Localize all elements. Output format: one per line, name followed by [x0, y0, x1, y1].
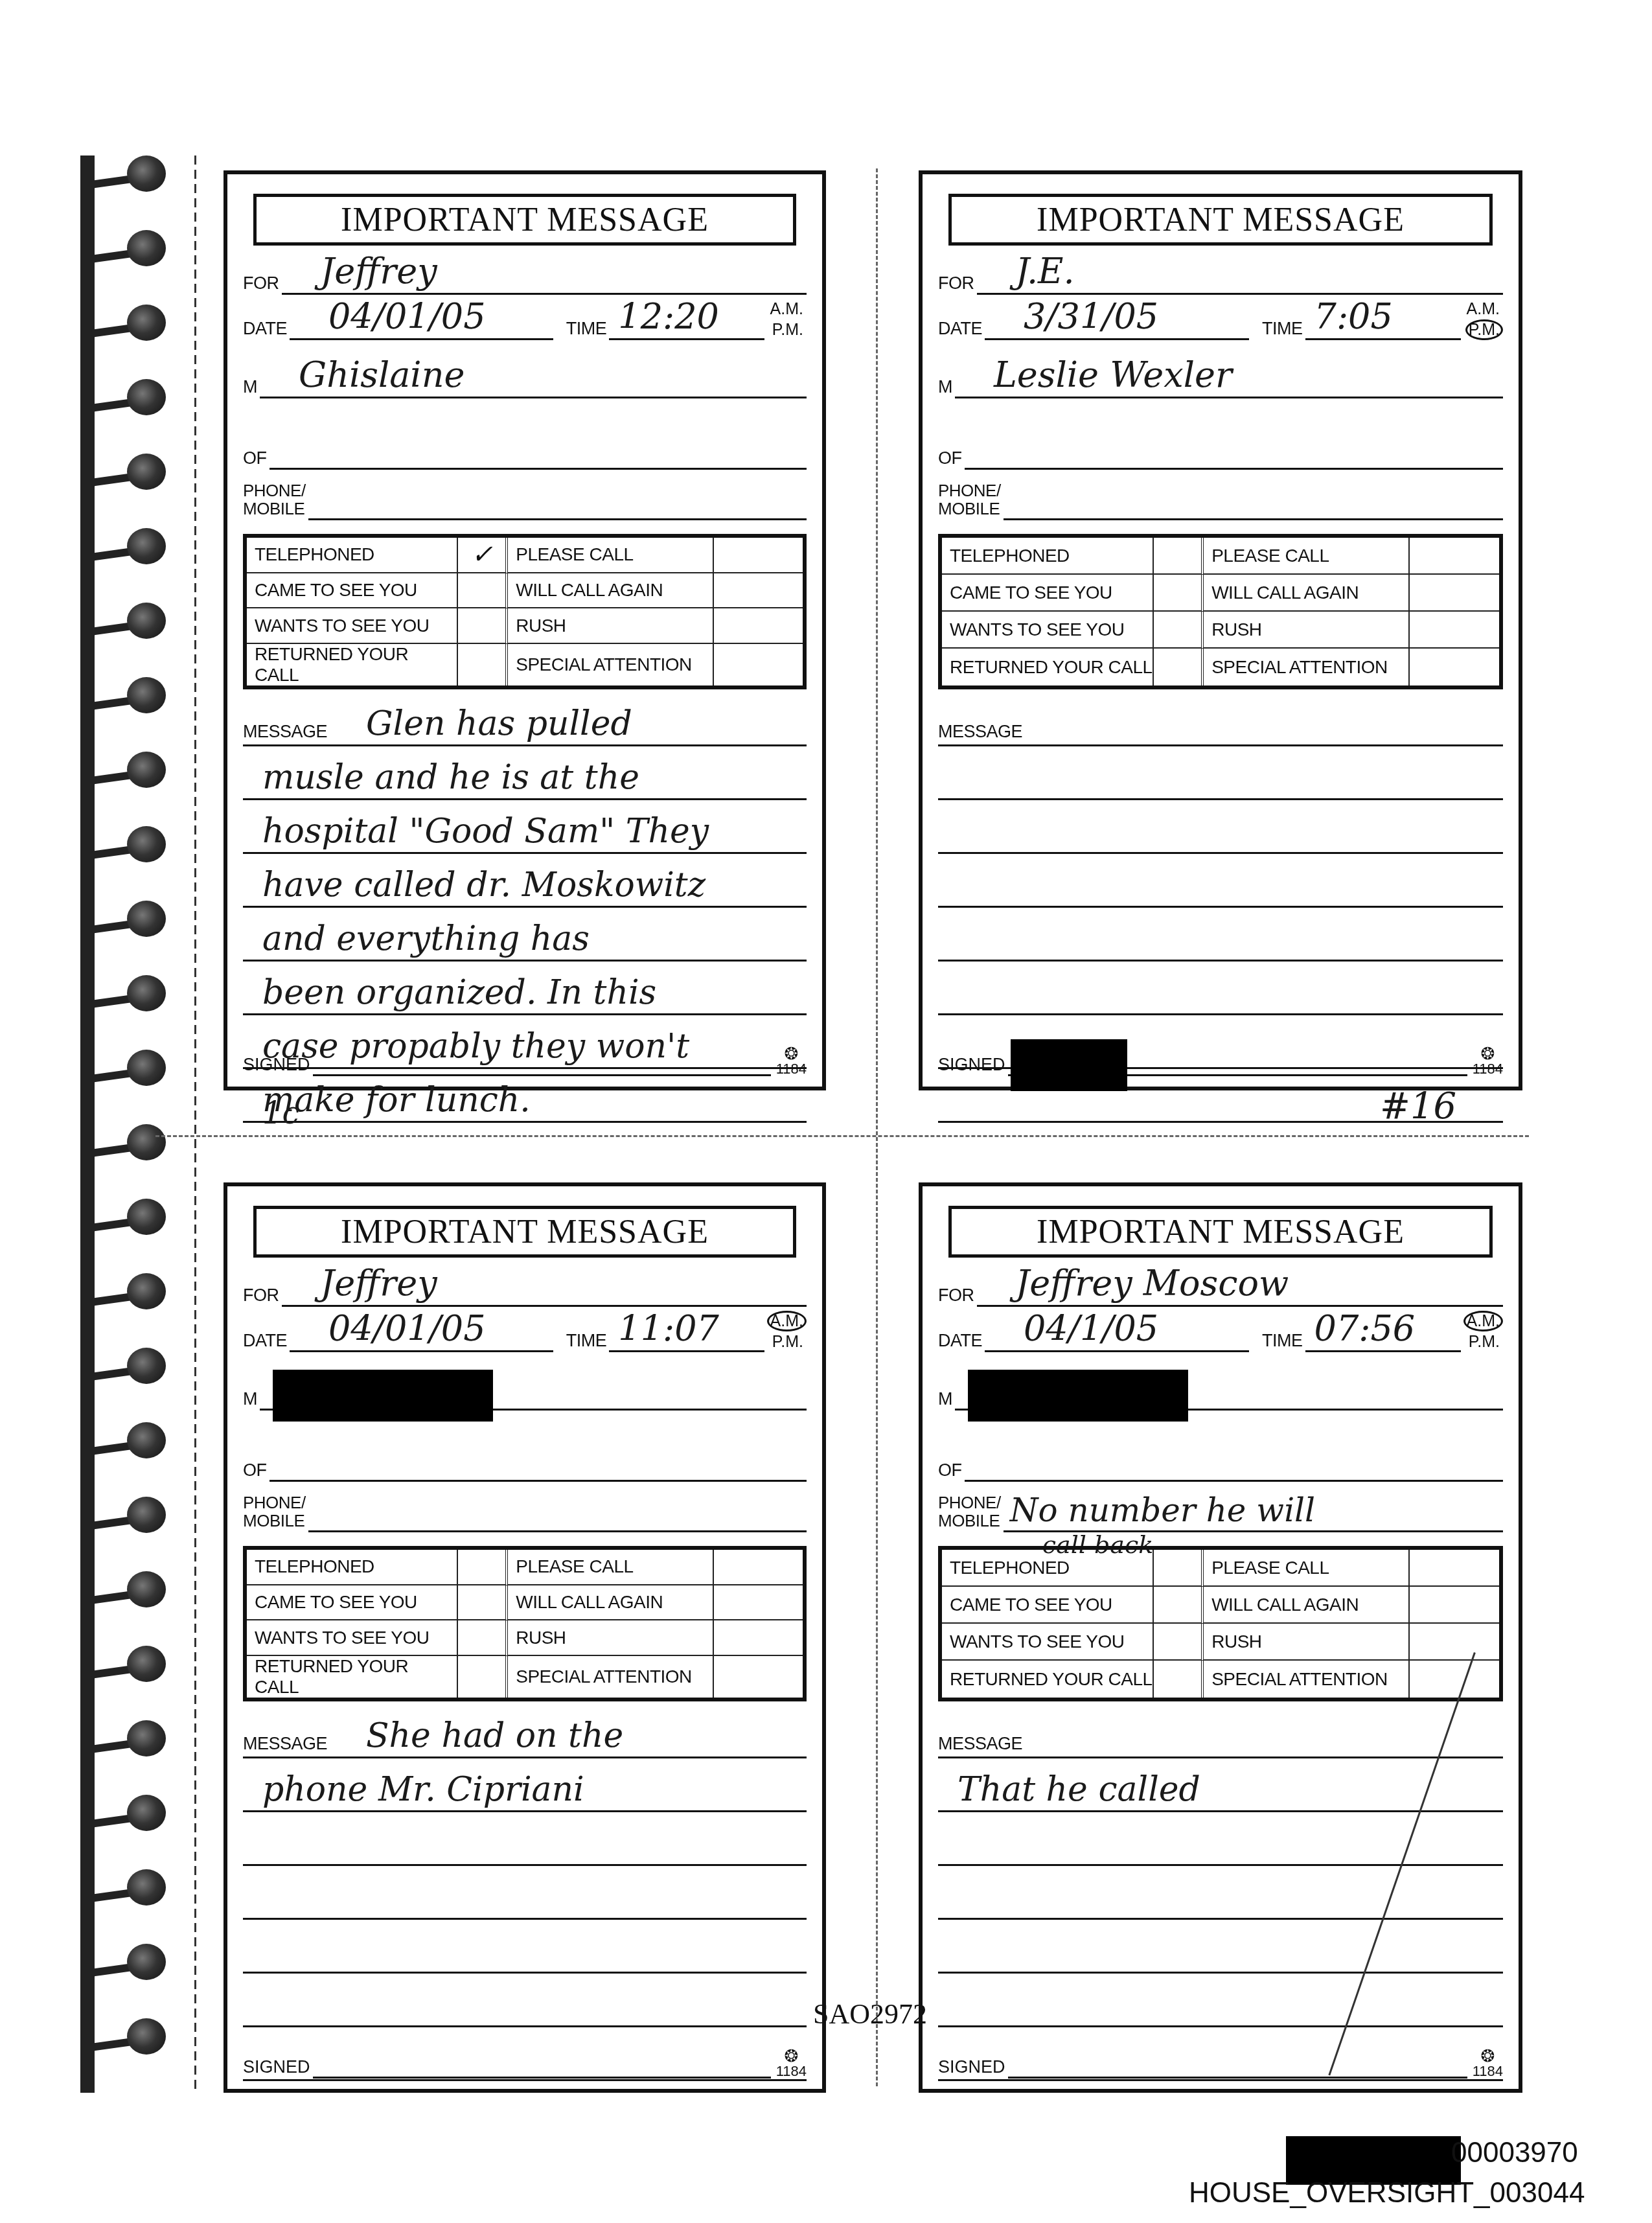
checkbox-label-wants-to-see-you: WANTS TO SEE YOU [942, 1624, 1154, 1661]
phone-field[interactable]: PHONE/MOBILE [243, 1491, 807, 1532]
for-label: FOR [938, 1287, 974, 1307]
checkbox-returned-your-call[interactable] [458, 1656, 508, 1698]
of-line[interactable] [270, 1444, 807, 1482]
spiral-ring [91, 1348, 168, 1387]
for-label: FOR [243, 1287, 279, 1307]
pm-option[interactable]: P.M. [1465, 319, 1503, 340]
form-number: ❂1184 [776, 2047, 807, 2079]
message-line[interactable] [938, 1866, 1503, 1920]
phone-label-line1: PHONE/ [243, 481, 306, 500]
of-field[interactable]: OF [243, 433, 807, 470]
checkbox-label-please-call: PLEASE CALL [508, 1550, 713, 1585]
message-label: MESSAGE [243, 1734, 327, 1754]
checkbox-label-returned-your-call: RETURNED YOUR CALL [942, 649, 1154, 685]
am-option[interactable]: A.M. [1463, 1311, 1503, 1331]
message-line[interactable] [938, 1920, 1503, 1974]
phone-line[interactable]: No number he willcall back [1004, 1489, 1503, 1532]
checkbox-rush[interactable] [1410, 1624, 1499, 1661]
for-field[interactable]: FORJeffrey [243, 259, 807, 295]
message-line[interactable]: That he called [938, 1758, 1503, 1812]
for-value: Jeffrey Moscow [1016, 1263, 1289, 1304]
for-label: FOR [938, 275, 974, 295]
date-line[interactable]: 04/01/05 [290, 1314, 553, 1352]
checkbox-label-will-call-again: WILL CALL AGAIN [1204, 575, 1410, 612]
signed-line[interactable] [1008, 1042, 1467, 1076]
for-line[interactable]: Jeffrey Moscow [977, 1269, 1504, 1307]
message-line[interactable] [938, 962, 1503, 1015]
time-value: 07:56 [1314, 1308, 1416, 1349]
message-line[interactable] [243, 1920, 807, 1974]
checkbox-special-attention[interactable] [1410, 1661, 1499, 1698]
message-line[interactable] [938, 1974, 1503, 2027]
spiral-ring [91, 379, 168, 418]
spiral-ring [91, 1795, 168, 1834]
time-label: TIME [566, 320, 607, 340]
checkbox-rush[interactable] [714, 1620, 803, 1656]
form-number: ❂1184 [1473, 2047, 1503, 2079]
of-field[interactable]: OF [938, 1446, 1503, 1482]
spiral-ring [91, 1571, 168, 1610]
redaction-bar-from [273, 1370, 493, 1422]
signed-field[interactable]: SIGNED❂1184 [938, 2046, 1503, 2079]
checkbox-label-wants-to-see-you: WANTS TO SEE YOU [247, 608, 458, 644]
form-number-text: 1184 [1473, 2063, 1503, 2079]
checkbox-label-will-call-again: WILL CALL AGAIN [1204, 1587, 1410, 1624]
checkbox-label-rush: RUSH [508, 1620, 713, 1656]
checkbox-special-attention[interactable] [714, 644, 803, 685]
checkbox-special-attention[interactable] [1410, 649, 1499, 685]
spiral-ring [91, 1199, 168, 1238]
date-label: DATE [938, 1332, 982, 1352]
for-value: Jeffrey [321, 1263, 437, 1304]
checkbox-please-call[interactable] [1410, 1550, 1499, 1587]
form-title: IMPORTANT MESSAGE [948, 1206, 1493, 1258]
signed-label: SIGNED [938, 2057, 1005, 2079]
of-label: OF [938, 450, 962, 470]
of-line[interactable] [965, 432, 1504, 470]
from-field[interactable]: MLeslie Wexler [938, 362, 1503, 398]
checkbox-wants-to-see-you[interactable] [458, 608, 508, 644]
checkbox-label-telephoned: TELEPHONED [247, 1550, 458, 1585]
spiral-ring [91, 1422, 168, 1461]
from-label: M [938, 1390, 952, 1411]
date-time-field[interactable]: DATE3/31/05TIME7:05A.M.P.M. [938, 304, 1503, 340]
message-text-line: make for lunch. [262, 1081, 531, 1120]
checkbox-returned-your-call[interactable] [1154, 1661, 1204, 1698]
checkbox-label-please-call: PLEASE CALL [1204, 538, 1410, 575]
message-text-line: hospital "Good Sam" They [262, 812, 709, 851]
checkbox-label-came-to-see-you: CAME TO SEE YOU [247, 1585, 458, 1621]
of-label: OF [243, 450, 267, 470]
checkbox-label-came-to-see-you: CAME TO SEE YOU [942, 1587, 1154, 1624]
from-label: M [243, 1390, 257, 1411]
message-line[interactable]: MESSAGE [938, 693, 1503, 746]
checkbox-returned-your-call[interactable] [1154, 649, 1204, 685]
form-number-text: 1184 [776, 1061, 807, 1077]
spiral-ring [91, 155, 168, 194]
message-line[interactable] [938, 800, 1503, 854]
message-slip-bottom-right: IMPORTANT MESSAGEFORJeffrey MoscowDATE04… [919, 1182, 1522, 2093]
date-time-field[interactable]: DATE04/01/05TIME12:20A.M.P.M. [243, 304, 807, 340]
checkbox-label-came-to-see-you: CAME TO SEE YOU [942, 575, 1154, 612]
signed-field[interactable]: SIGNED❂1184 [243, 2046, 807, 2079]
spiral-ring [91, 975, 168, 1014]
publisher-logo-icon: ❂ [1473, 1045, 1503, 1062]
date-value: 3/31/05 [1024, 296, 1158, 337]
message-line[interactable]: phone Mr. Cipriani [243, 1758, 807, 1812]
form-number-text: 1184 [776, 2063, 807, 2079]
for-field[interactable]: FORJeffrey [243, 1271, 807, 1307]
from-value: Ghislaine [299, 354, 465, 395]
phone-label-line2: MOBILE [938, 1511, 1000, 1530]
form-number-text: 1184 [1473, 1061, 1503, 1077]
message-line[interactable] [938, 854, 1503, 908]
signed-line[interactable] [313, 2044, 771, 2079]
message-area[interactable]: MESSAGEShe had on thephone Mr. Cipriani [243, 1705, 807, 2081]
message-line[interactable]: make for lunch. [243, 1069, 807, 1123]
am-option[interactable]: A.M. [767, 1311, 807, 1331]
message-text-line: have called dr. Moskowitz [262, 866, 706, 904]
perforation-line-horizontal [155, 1135, 1529, 1137]
form-title: IMPORTANT MESSAGE [948, 194, 1493, 246]
spiral-ring [91, 1944, 168, 1983]
checkbox-wants-to-see-you[interactable] [458, 1620, 508, 1656]
for-field[interactable]: FORJeffrey Moscow [938, 1271, 1503, 1307]
message-area[interactable]: MESSAGEThat he called [938, 1705, 1503, 2081]
spiral-ring [91, 305, 168, 343]
checkbox-label-special-attention: SPECIAL ATTENTION [508, 1656, 713, 1698]
from-field[interactable]: M [938, 1374, 1503, 1411]
am-option[interactable]: A.M. [1463, 299, 1503, 319]
message-text-line: phone Mr. Cipriani [262, 1770, 584, 1809]
phone-line[interactable] [308, 477, 807, 520]
message-text-line: been organized. In this [262, 973, 656, 1012]
checkbox-came-to-see-you[interactable] [458, 1585, 508, 1621]
checkbox-label-came-to-see-you: CAME TO SEE YOU [247, 573, 458, 609]
of-label: OF [938, 1462, 962, 1482]
checkbox-rush[interactable] [714, 608, 803, 644]
spiral-ring [91, 1646, 168, 1685]
margin-annotation: 1c [262, 1095, 299, 1131]
publisher-logo-icon: ❂ [1473, 2047, 1503, 2064]
checkbox-label-returned-your-call: RETURNED YOUR CALL [247, 1656, 458, 1698]
message-line[interactable] [938, 746, 1503, 800]
date-value: 04/1/05 [1024, 1308, 1158, 1349]
spiral-ring [91, 1720, 168, 1759]
from-line[interactable] [955, 1372, 1503, 1411]
phone-field[interactable]: PHONE/MOBILE [938, 479, 1503, 520]
for-label: FOR [243, 275, 279, 295]
spiral-ring [91, 528, 168, 567]
checkbox-came-to-see-you[interactable] [458, 573, 508, 609]
phone-line[interactable] [1004, 477, 1503, 520]
status-checkbox-grid: TELEPHONEDPLEASE CALLCAME TO SEE YOUWILL… [938, 1546, 1503, 1701]
of-line[interactable] [270, 432, 807, 470]
message-line[interactable]: MESSAGEGlen has pulled [243, 693, 807, 746]
message-line[interactable]: have called dr. Moskowitz [243, 854, 807, 908]
spiral-ring [91, 677, 168, 716]
message-line[interactable] [938, 1812, 1503, 1866]
checkbox-please-call[interactable] [714, 1550, 803, 1585]
for-line[interactable]: Jeffrey [282, 257, 807, 295]
phone-label-line1: PHONE/ [938, 1493, 1001, 1512]
spiral-ring [91, 454, 168, 492]
status-checkbox-grid: TELEPHONEDPLEASE CALLCAME TO SEE YOUWILL… [938, 534, 1503, 689]
time-label: TIME [566, 1332, 607, 1352]
bates-number-top: 00003970 [1451, 2137, 1578, 2169]
pm-option[interactable]: P.M. [1465, 1331, 1503, 1352]
date-line[interactable]: 04/01/05 [290, 302, 553, 340]
message-line[interactable]: and everything has [243, 908, 807, 962]
spiral-ring [91, 2018, 168, 2057]
checkbox-label-please-call: PLEASE CALL [1204, 1550, 1410, 1587]
for-value: J.E. [1016, 251, 1075, 292]
checkbox-wants-to-see-you[interactable] [1154, 612, 1204, 649]
from-line[interactable]: Ghislaine [260, 360, 807, 398]
checkbox-telephoned[interactable]: ✓ [458, 538, 508, 573]
phone-label: PHONE/MOBILE [938, 1494, 1001, 1532]
signed-line[interactable] [313, 1042, 771, 1076]
for-line[interactable]: J.E. [977, 257, 1504, 295]
for-field[interactable]: FORJ.E. [938, 259, 1503, 295]
checkbox-label-telephoned: TELEPHONED [942, 538, 1154, 575]
publisher-logo-icon: ❂ [776, 1045, 807, 1062]
signed-field[interactable]: SIGNED❂1184 [243, 1044, 807, 1076]
am-pm-selector[interactable]: A.M.P.M. [1461, 1311, 1503, 1353]
from-field[interactable]: MGhislaine [243, 362, 807, 398]
from-field[interactable]: M [243, 1374, 807, 1411]
phone-line[interactable] [308, 1489, 807, 1532]
message-slip-bottom-left: IMPORTANT MESSAGEFORJeffreyDATE04/01/05T… [224, 1182, 826, 2093]
spiral-ring [91, 230, 168, 269]
checkbox-will-call-again[interactable] [714, 1585, 803, 1621]
checkbox-label-telephoned: TELEPHONED [247, 538, 458, 573]
spiral-ring [91, 826, 168, 865]
phone-label-line2: MOBILE [243, 499, 304, 518]
phone-label-line2: MOBILE [938, 499, 1000, 518]
message-label: MESSAGE [938, 1734, 1022, 1754]
checkbox-came-to-see-you[interactable] [1154, 1587, 1204, 1624]
phone-field[interactable]: PHONE/MOBILENo number he willcall back [938, 1491, 1503, 1532]
spiral-ring [91, 1124, 168, 1163]
signed-line[interactable] [1008, 2044, 1467, 2079]
perforation-rail [194, 155, 196, 2093]
spiral-ring [91, 1273, 168, 1312]
date-line[interactable]: 04/1/05 [985, 1314, 1249, 1352]
checkbox-label-rush: RUSH [1204, 1624, 1410, 1661]
checkbox-label-returned-your-call: RETURNED YOUR CALL [247, 644, 458, 685]
date-line[interactable]: 3/31/05 [985, 302, 1249, 340]
date-label: DATE [243, 320, 287, 340]
pm-option[interactable]: P.M. [769, 1331, 807, 1352]
checkbox-label-wants-to-see-you: WANTS TO SEE YOU [247, 1620, 458, 1656]
from-value: Leslie Wexler [994, 354, 1232, 395]
checkbox-label-wants-to-see-you: WANTS TO SEE YOU [942, 612, 1154, 649]
checkbox-will-call-again[interactable] [714, 573, 803, 609]
page-number-annotation: #16 [1380, 1085, 1456, 1127]
checkbox-will-call-again[interactable] [1410, 1587, 1499, 1624]
spiral-ring [91, 901, 168, 939]
date-label: DATE [243, 1332, 287, 1352]
date-value: 04/01/05 [328, 296, 486, 337]
message-text-line: musle and he is at the [262, 758, 639, 797]
phone-label: PHONE/MOBILE [243, 1494, 306, 1532]
document-stamp-id: SAO2972 [813, 1998, 927, 2031]
phone-label-line1: PHONE/ [243, 1493, 306, 1512]
from-label: M [243, 378, 257, 398]
time-label: TIME [1262, 1332, 1303, 1352]
checkbox-label-please-call: PLEASE CALL [508, 538, 713, 573]
message-line[interactable] [938, 908, 1503, 962]
checkbox-came-to-see-you[interactable] [1154, 575, 1204, 612]
form-title: IMPORTANT MESSAGE [253, 1206, 796, 1258]
message-line[interactable] [243, 1974, 807, 2027]
signed-label: SIGNED [938, 1055, 1005, 1076]
signed-label: SIGNED [243, 2057, 310, 2079]
checkbox-label-rush: RUSH [508, 608, 713, 644]
message-text-line: That he called [958, 1770, 1200, 1809]
date-label: DATE [938, 320, 982, 340]
checkbox-will-call-again[interactable] [1410, 575, 1499, 612]
message-line[interactable] [243, 1866, 807, 1920]
message-slip-top-right: IMPORTANT MESSAGEFORJ.E.DATE3/31/05TIME7… [919, 170, 1522, 1090]
redaction-bar-signed [1011, 1039, 1127, 1091]
pm-option[interactable]: P.M. [769, 319, 807, 340]
time-line[interactable]: 12:20 [609, 302, 764, 340]
message-line[interactable]: been organized. In this [243, 962, 807, 1015]
message-line[interactable]: MESSAGE [938, 1705, 1503, 1758]
date-value: 04/01/05 [328, 1308, 486, 1349]
time-value: 11:07 [618, 1308, 719, 1349]
time-label: TIME [1262, 320, 1303, 340]
message-label: MESSAGE [938, 722, 1022, 742]
form-number: ❂1184 [1473, 1045, 1503, 1076]
phone-label-line2: MOBILE [243, 1511, 304, 1530]
of-field[interactable]: OF [938, 433, 1503, 470]
am-pm-selector[interactable]: A.M.P.M. [764, 299, 807, 341]
message-text-line: She had on the [366, 1716, 623, 1755]
signed-field[interactable]: SIGNED❂1184 [938, 1044, 1503, 1076]
message-line[interactable]: MESSAGEShe had on the [243, 1705, 807, 1758]
message-line[interactable] [243, 1812, 807, 1866]
checkbox-telephoned[interactable] [1154, 1550, 1204, 1587]
checkbox-label-will-call-again: WILL CALL AGAIN [508, 573, 713, 609]
am-pm-selector[interactable]: A.M.P.M. [1461, 299, 1503, 341]
form-title: IMPORTANT MESSAGE [253, 194, 796, 246]
time-value: 7:05 [1314, 296, 1393, 337]
of-label: OF [243, 1462, 267, 1482]
checkbox-telephoned[interactable] [458, 1550, 508, 1585]
checkbox-label-rush: RUSH [1204, 612, 1410, 649]
from-line[interactable] [260, 1372, 807, 1411]
checkbox-special-attention[interactable] [714, 1656, 803, 1698]
checkbox-label-special-attention: SPECIAL ATTENTION [1204, 1661, 1410, 1698]
phone-label: PHONE/MOBILE [938, 482, 1001, 520]
message-label: MESSAGE [243, 722, 327, 742]
status-checkbox-grid: TELEPHONEDPLEASE CALLCAME TO SEE YOUWILL… [243, 1546, 807, 1701]
signed-label: SIGNED [243, 1055, 310, 1076]
phone-label-line1: PHONE/ [938, 481, 1001, 500]
date-time-field[interactable]: DATE04/1/05TIME07:56A.M.P.M. [938, 1316, 1503, 1352]
spiral-ring [91, 603, 168, 641]
checkbox-telephoned[interactable] [1154, 538, 1204, 575]
message-text-line: and everything has [262, 919, 590, 958]
for-value: Jeffrey [321, 251, 437, 292]
date-time-field[interactable]: DATE04/01/05TIME11:07A.M.P.M. [243, 1316, 807, 1352]
time-line[interactable]: 11:07 [609, 1314, 764, 1352]
of-field[interactable]: OF [243, 1446, 807, 1482]
checkbox-wants-to-see-you[interactable] [1154, 1624, 1204, 1661]
checkbox-label-special-attention: SPECIAL ATTENTION [1204, 649, 1410, 685]
spiral-ring [91, 1869, 168, 1908]
message-line[interactable]: hospital "Good Sam" They [243, 800, 807, 854]
for-line[interactable]: Jeffrey [282, 1269, 807, 1307]
am-pm-selector[interactable]: A.M.P.M. [764, 1311, 807, 1353]
checkbox-please-call[interactable] [714, 538, 803, 573]
publisher-logo-icon: ❂ [776, 2047, 807, 2064]
of-line[interactable] [965, 1444, 1504, 1482]
message-slip-top-left: IMPORTANT MESSAGEFORJeffreyDATE04/01/05T… [224, 170, 826, 1090]
from-label: M [938, 378, 952, 398]
from-line[interactable]: Leslie Wexler [955, 360, 1503, 398]
spiral-ring [91, 752, 168, 790]
checkbox-returned-your-call[interactable] [458, 644, 508, 685]
time-value: 12:20 [618, 296, 719, 337]
checkbox-label-will-call-again: WILL CALL AGAIN [508, 1585, 713, 1621]
form-number: ❂1184 [776, 1045, 807, 1076]
spiral-ring [91, 1497, 168, 1536]
phone-label: PHONE/MOBILE [243, 482, 306, 520]
message-line[interactable]: musle and he is at the [243, 746, 807, 800]
perforation-line-vertical [876, 168, 878, 2086]
checkbox-label-special-attention: SPECIAL ATTENTION [508, 644, 713, 685]
checkbox-label-returned-your-call: RETURNED YOUR CALL [942, 1661, 1154, 1698]
phone-field[interactable]: PHONE/MOBILE [243, 479, 807, 520]
checkbox-rush[interactable] [1410, 612, 1499, 649]
am-option[interactable]: A.M. [767, 299, 807, 319]
checkbox-please-call[interactable] [1410, 538, 1499, 575]
phone-value: No number he will [1010, 1492, 1315, 1529]
redaction-bar-from [968, 1370, 1188, 1422]
spiral-binding [78, 155, 175, 2093]
checkbox-label-telephoned: TELEPHONED [942, 1550, 1154, 1587]
time-line[interactable]: 7:05 [1305, 302, 1461, 340]
spiral-ring [91, 1050, 168, 1088]
status-checkbox-grid: TELEPHONED✓PLEASE CALLCAME TO SEE YOUWIL… [243, 534, 807, 689]
message-text-line: Glen has pulled [366, 704, 632, 743]
time-line[interactable]: 07:56 [1305, 1314, 1461, 1352]
bates-number-bottom: HOUSE_OVERSIGHT_003044 [1189, 2177, 1585, 2209]
